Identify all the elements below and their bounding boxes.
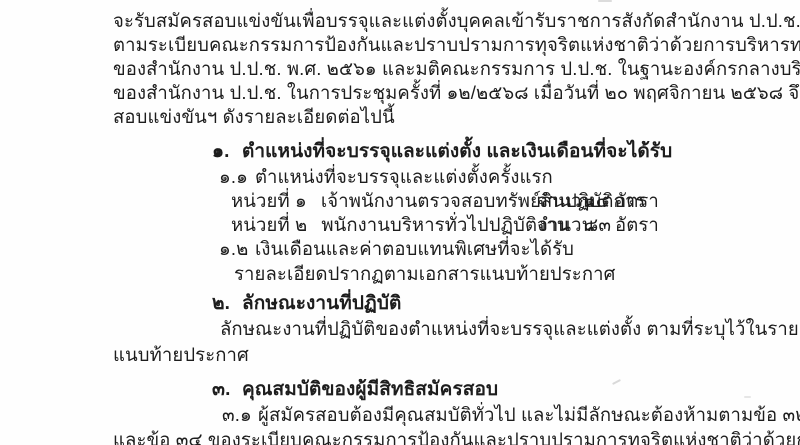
intro-line-3: ของสำนักงาน ป.ป.ช. พ.ศ. ๒๕๖๑ และมติคณะกร… <box>113 56 800 81</box>
section-3-1-item: ๓.๑ผู้สมัครสอบต้องมีคุณสมบัติทั่วไป และไ… <box>222 402 800 427</box>
scan-artifact <box>744 396 751 398</box>
section-1-2-detail: รายละเอียดปรากฏตามเอกสารแนบท้ายประกาศ <box>234 261 615 286</box>
scan-artifact <box>598 0 612 2</box>
position-2-title: พนักงานบริหารทั่วไปปฏิบัติงาน <box>321 214 569 235</box>
document-page: จะรับสมัครสอบแข่งขันเพื่อบรรจุและแต่งตั้… <box>0 0 800 445</box>
section-1-number: ๑. <box>212 139 242 164</box>
section-2-number: ๒. <box>212 291 242 316</box>
position-2-qty-unit: อัตรา <box>615 212 659 237</box>
section-1-1-number: ๑.๑ <box>219 164 255 189</box>
section-3-1-text: ผู้สมัครสอบต้องมีคุณสมบัติทั่วไป และไม่ม… <box>258 404 800 425</box>
section-1-1-item: ๑.๑ตำแหน่งที่จะบรรจุและแต่งตั้งครั้งแรก <box>219 164 553 189</box>
section-2-heading: ๒.ลักษณะงานที่ปฏิบัติ <box>212 291 401 316</box>
section-1-title: ตำแหน่งที่จะบรรจุและแต่งตั้ง และเงินเดือ… <box>242 141 672 162</box>
section-1-2-text: เงินเดือนและค่าตอบแทนพิเศษที่จะได้รับ <box>255 238 574 259</box>
intro-line-1: จะรับสมัครสอบแข่งขันเพื่อบรรจุและแต่งตั้… <box>113 8 800 33</box>
section-2-body-line-1: ลักษณะงานที่ปฏิบัติของตำแหน่งที่จะบรรจุแ… <box>220 316 800 341</box>
section-2-body-line-2: แนบท้ายประกาศ <box>113 342 249 367</box>
position-2-unit: หน่วยที่ ๒ <box>231 212 307 237</box>
section-1-2-number: ๑.๒ <box>219 236 255 261</box>
scan-artifact <box>612 379 621 385</box>
section-1-1-text: ตำแหน่งที่จะบรรจุและแต่งตั้งครั้งแรก <box>255 166 553 187</box>
position-row-1: หน่วยที่ ๑เจ้าพนักงานตรวจสอบทรัพย์สินปฏิ… <box>231 188 800 213</box>
section-1-heading: ๑.ตำแหน่งที่จะบรรจุและแต่งตั้ง และเงินเด… <box>212 139 672 164</box>
intro-line-5: สอบแข่งขันฯ ดังรายละเอียดต่อไปนี้ <box>113 104 395 129</box>
section-3-heading: ๓.คุณสมบัติของผู้มีสิทธิสมัครสอบ <box>212 377 498 402</box>
intro-line-4: ของสำนักงาน ป.ป.ช. ในการประชุมครั้งที่ ๑… <box>113 80 800 105</box>
section-3-title: คุณสมบัติของผู้มีสิทธิสมัครสอบ <box>242 379 498 400</box>
section-1-2-item: ๑.๒เงินเดือนและค่าตอบแทนพิเศษที่จะได้รับ <box>219 236 574 261</box>
position-1-qty: ๑๔ <box>584 188 610 213</box>
section-3-number: ๓. <box>212 377 242 402</box>
section-3-body-cont: และข้อ ๓๔ ของระเบียบคณะกรรมการป้องกันและ… <box>113 427 800 445</box>
position-2-qty: ๘๓ <box>584 212 611 237</box>
section-2-title: ลักษณะงานที่ปฏิบัติ <box>242 293 401 314</box>
position-row-2: หน่วยที่ ๒พนักงานบริหารทั่วไปปฏิบัติงาน … <box>231 212 800 237</box>
position-1-unit: หน่วยที่ ๑ <box>231 188 307 213</box>
section-3-1-number: ๓.๑ <box>222 402 258 427</box>
intro-line-2: ตามระเบียบคณะกรรมการป้องกันและปราบปรามกา… <box>113 32 800 57</box>
position-1-qty-unit: อัตรา <box>615 188 659 213</box>
